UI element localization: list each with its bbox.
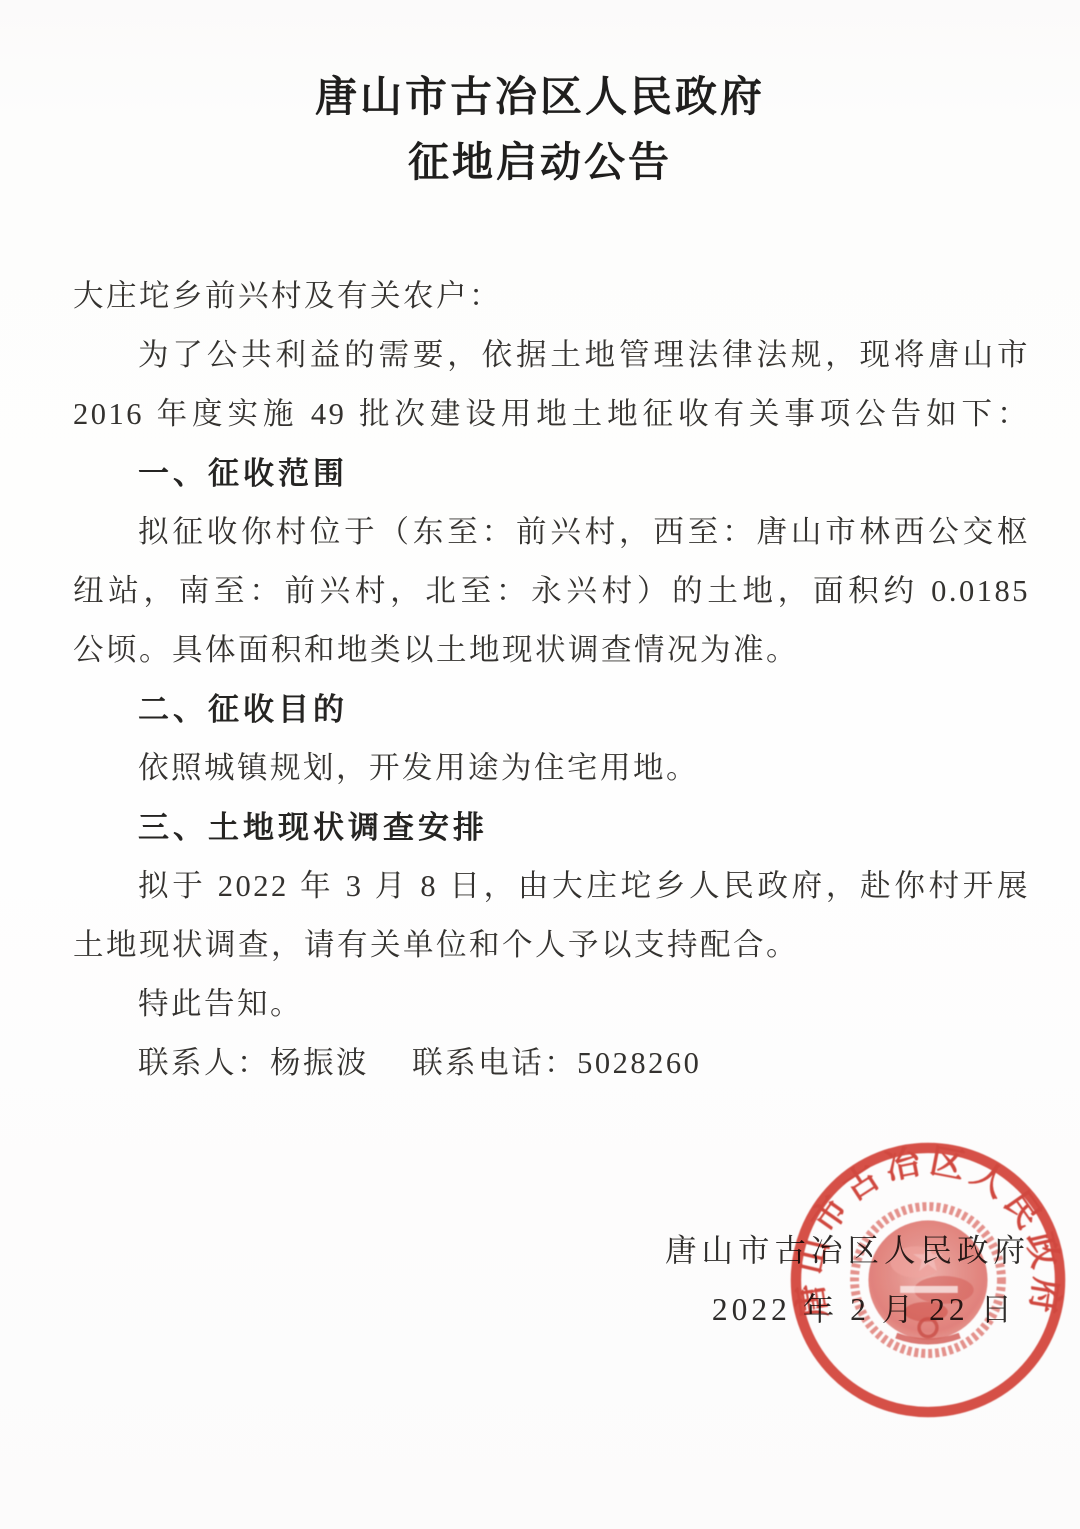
section1-line-1: 拟征收你村位于（东至：前兴村，西至：唐山市林西公交枢 [73, 503, 1030, 562]
doc-body: 大庄坨乡前兴村及有关农户： 为了公共利益的需要，依据土地管理法律法规，现将唐山市… [73, 267, 1030, 1093]
title-block: 唐山市古冶区人民政府 征地启动公告 [0, 74, 1080, 185]
seal-graphic: 唐山市古冶区人民政府 [789, 1141, 1067, 1419]
section1-line-3: 公顷。具体面积和地类以土地现状调查情况为准。 [73, 621, 1030, 680]
doc-title-org: 唐山市古冶区人民政府 [0, 74, 1080, 122]
section3-line-1: 拟于 2022 年 3 月 8 日，由大庄坨乡人民政府，赴你村开展 [73, 857, 1030, 916]
intro-line-1: 为了公共利益的需要，依据土地管理法律法规，现将唐山市 [73, 326, 1030, 385]
section3-heading: 三、土地现状调查安排 [73, 798, 1030, 857]
section2-heading: 二、征收目的 [73, 680, 1030, 739]
section1-line-2: 纽站，南至：前兴村，北至：永兴村）的土地，面积约 0.0185 [73, 562, 1030, 621]
section2-line-1: 依照城镇规划，开发用途为住宅用地。 [73, 739, 1030, 798]
official-seal-stamp: 唐山市古冶区人民政府 [789, 1141, 1067, 1419]
doc-title-subject: 征地启动公告 [0, 139, 1080, 185]
section3-line-2: 土地现状调查，请有关单位和个人予以支持配合。 [73, 916, 1030, 975]
intro-line-2: 2016 年度实施 49 批次建设用地土地征收有关事项公告如下： [73, 385, 1030, 444]
document-page: 唐山市古冶区人民政府 征地启动公告 大庄坨乡前兴村及有关农户： 为了公共利益的需… [0, 0, 1080, 1529]
salutation-line: 大庄坨乡前兴村及有关农户： [73, 267, 1030, 326]
closing-line: 特此告知。 [73, 975, 1030, 1034]
section1-heading: 一、征收范围 [73, 444, 1030, 503]
national-emblem-icon [855, 1207, 1002, 1354]
contact-line: 联系人：杨振波 联系电话：5028260 [73, 1034, 1030, 1093]
